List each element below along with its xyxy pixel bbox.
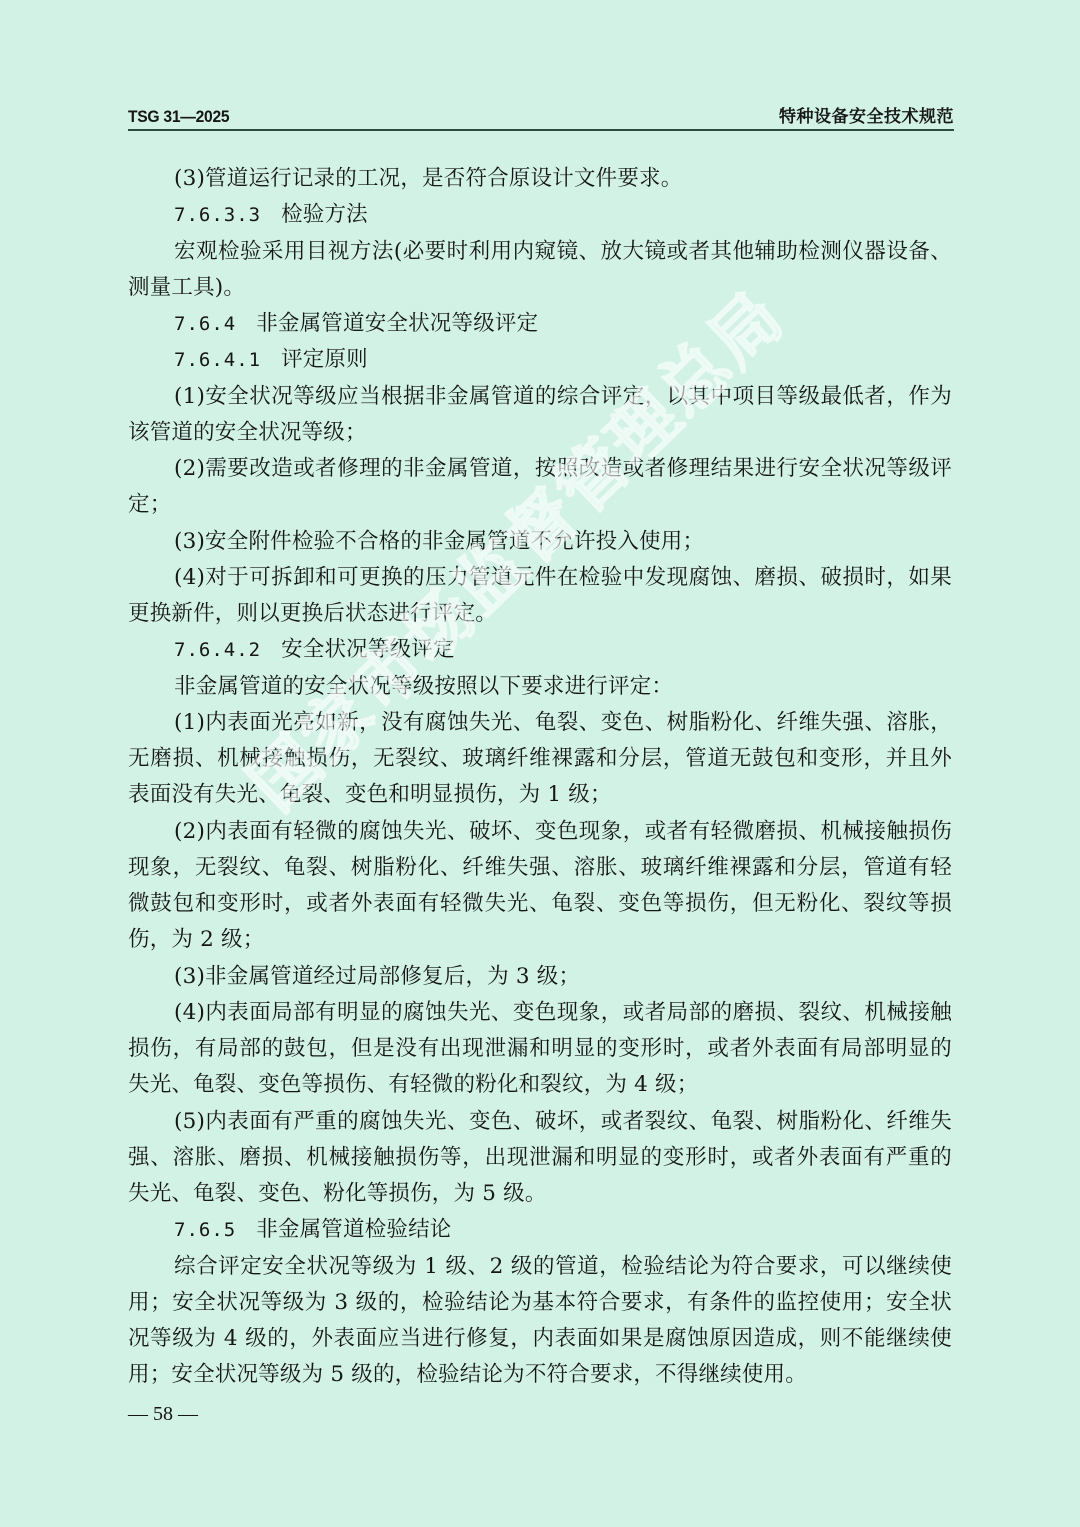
section-number: 7.6.4.2	[174, 639, 261, 661]
section-heading-7-6-4-1: 7.6.4.1评定原则	[128, 342, 952, 378]
paragraph-operating-conditions: (3)管道运行记录的工况，是否符合原设计文件要求。	[128, 161, 952, 197]
body-text: (3)管道运行记录的工况，是否符合原设计文件要求。 7.6.3.3检验方法 宏观…	[128, 161, 952, 1394]
paragraph-inspection-method: 宏观检验采用目视方法(必要时利用内窥镜、放大镜或者其他辅助检测仪器设备、测量工具…	[128, 234, 952, 307]
grade-item: (1)内表面光亮如新，没有腐蚀失光、龟裂、变色、树脂粉化、纤维失强、溶胀，无磨损…	[128, 705, 952, 814]
grade-item: (3)非金属管道经过局部修复后，为 3 级；	[128, 959, 952, 995]
section-title: 非金属管道安全状况等级评定	[256, 311, 538, 336]
section-heading-7-6-3-3: 7.6.3.3检验方法	[128, 197, 952, 233]
section-title: 检验方法	[281, 202, 368, 227]
section-title: 评定原则	[281, 347, 368, 372]
section-number: 7.6.5	[174, 1219, 236, 1241]
section-number: 7.6.3.3	[174, 204, 261, 226]
section-heading-7-6-5: 7.6.5非金属管道检验结论	[128, 1212, 952, 1248]
section-title: 非金属管道检验结论	[256, 1217, 451, 1242]
page-number: — 58 —	[128, 1401, 198, 1427]
document-page: TSG 31—2025 特种设备安全技术规范 (3)管道运行记录的工况，是否符合…	[0, 0, 1080, 1527]
standard-code: TSG 31—2025	[128, 106, 229, 128]
section-heading-7-6-4-2: 7.6.4.2安全状况等级评定	[128, 632, 952, 668]
section-title: 安全状况等级评定	[281, 637, 455, 662]
paragraph-conclusion: 综合评定安全状况等级为 1 级、2 级的管道，检验结论为符合要求，可以继续使用；…	[128, 1249, 952, 1394]
principle-item: (3)安全附件检验不合格的非金属管道不允许投入使用；	[128, 524, 952, 560]
section-heading-7-6-4: 7.6.4非金属管道安全状况等级评定	[128, 306, 952, 342]
section-number: 7.6.4.1	[174, 349, 261, 371]
section-number: 7.6.4	[174, 313, 236, 335]
series-title: 特种设备安全技术规范	[779, 106, 954, 128]
grade-item: (5)内表面有严重的腐蚀失光、变色、破坏，或者裂纹、龟裂、树脂粉化、纤维失强、溶…	[128, 1104, 952, 1213]
grade-item: (4)内表面局部有明显的腐蚀失光、变色现象，或者局部的磨损、裂纹、机械接触损伤，…	[128, 995, 952, 1104]
grade-item: (2)内表面有轻微的腐蚀失光、破坏、变色现象，或者有轻微磨损、机械接触损伤现象，…	[128, 814, 952, 959]
principle-item: (4)对于可拆卸和可更换的压力管道元件在检验中发现腐蚀、磨损、破损时，如果更换新…	[128, 560, 952, 633]
grading-intro: 非金属管道的安全状况等级按照以下要求进行评定：	[128, 669, 952, 705]
running-header: TSG 31—2025 特种设备安全技术规范	[128, 102, 954, 131]
principle-item: (2)需要改造或者修理的非金属管道，按照改造或者修理结果进行安全状况等级评定；	[128, 451, 952, 524]
principle-item: (1)安全状况等级应当根据非金属管道的综合评定，以其中项目等级最低者，作为该管道…	[128, 379, 952, 452]
